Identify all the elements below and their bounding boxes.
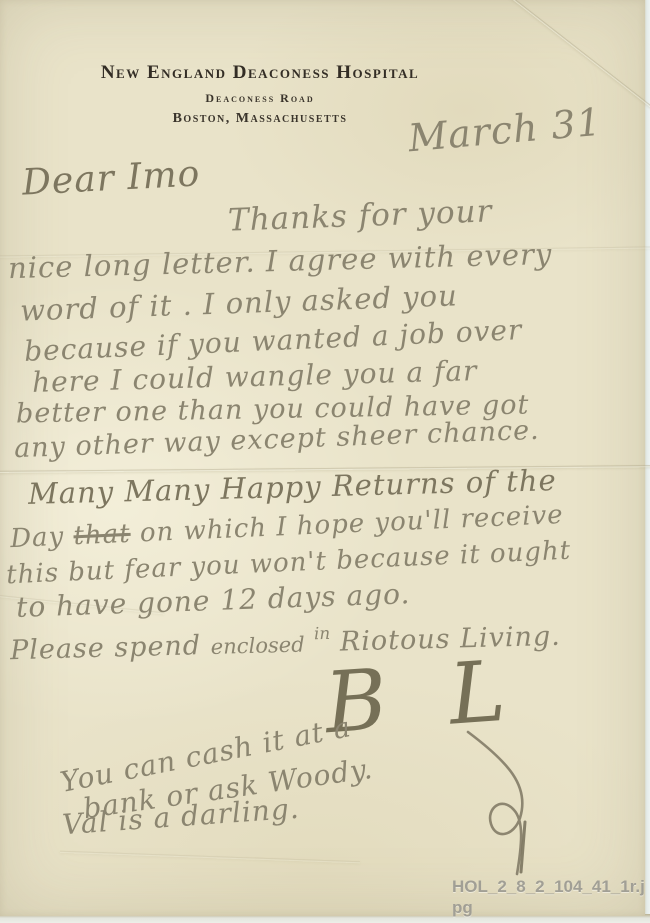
watermark-filename: HOL_2_8_2_104_41_1r.jpg (452, 876, 650, 918)
inserted-word: in (314, 623, 331, 643)
letter-page: New England Deaconess Hospital Deaconess… (0, 0, 645, 916)
signature-g-flourish: G (462, 728, 552, 883)
letterhead-address-road: Deaconess Road (0, 91, 520, 106)
signature-g-flourish-drawing (462, 728, 552, 878)
scanned-letter: New England Deaconess Hospital Deaconess… (0, 0, 650, 923)
salutation: Dear Imo (21, 153, 201, 203)
body-line: Thanks for your (227, 193, 493, 238)
body-line-fragment: Day (10, 522, 65, 554)
struck-out-word: that (73, 519, 131, 551)
body-line-fragment: Please spend (10, 630, 202, 666)
body-line: nice long letter. I agree with every (8, 237, 553, 285)
letterhead-hospital-name: New England Deaconess Hospital (0, 62, 520, 84)
squeezed-word: enclosed (210, 632, 305, 659)
fold-crease-bottom (60, 851, 360, 863)
